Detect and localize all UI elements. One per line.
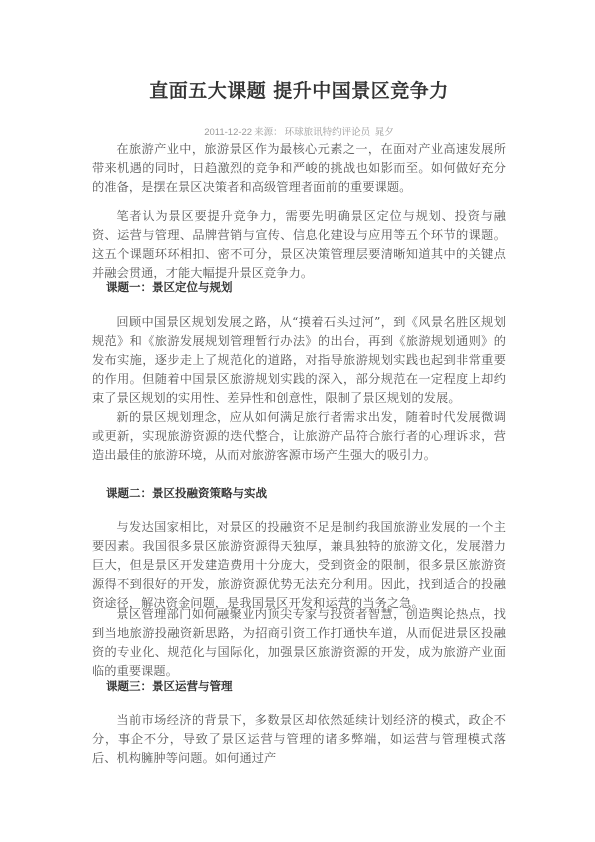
source-name: 环球旅讯特约评论员 bbox=[285, 127, 371, 138]
source-label: 来源： bbox=[254, 127, 283, 138]
article-title: 直面五大课题 提升中国景区竞争力 bbox=[92, 76, 506, 103]
section-heading-3: 课题三：景区运营与管理 bbox=[106, 678, 233, 694]
publish-date: 2011-12-22 bbox=[204, 127, 252, 138]
section-heading-1: 课题一：景区定位与规划 bbox=[106, 279, 233, 295]
intro-paragraph-2: 笔者认为景区要提升竞争力，需要先明确景区定位与规划、投资与融资、运营与管理、品牌… bbox=[92, 207, 506, 283]
section-heading-2: 课题二：景区投融资策略与实战 bbox=[106, 485, 267, 501]
section-2-paragraph-2: 景区管理部门如何融聚业内顶尖专家与投资者智慧，创造舆论热点，找到当地旅游投融资新… bbox=[92, 605, 506, 681]
section-2-paragraph-1: 与发达国家相比，对景区的投融资不足是制约我国旅游业发展的一个主要因素。我国很多景… bbox=[92, 518, 506, 613]
section-1-paragraph-1: 回顾中国景区规划发展之路，从“摸着石头过河”，到《风景名胜区规划规范》和《旅游发… bbox=[92, 313, 506, 408]
section-1-paragraph-2: 新的景区规划理念，应从如何满足旅行者需求出发，随着时代发展微调或更新，实现旅游资… bbox=[92, 408, 506, 465]
article-meta: 2011-12-22来源：环球旅讯特约评论员 晁夕 bbox=[92, 124, 506, 138]
section-3-paragraph-1: 当前市场经济的背景下，多数景区却依然延续计划经济的模式，政企不分，事企不分，导致… bbox=[92, 711, 506, 768]
author-name: 晁夕 bbox=[375, 127, 394, 138]
intro-paragraph-1: 在旅游产业中，旅游景区作为最核心元素之一，在面对产业高速发展所带来机遇的同时，日… bbox=[92, 140, 506, 197]
